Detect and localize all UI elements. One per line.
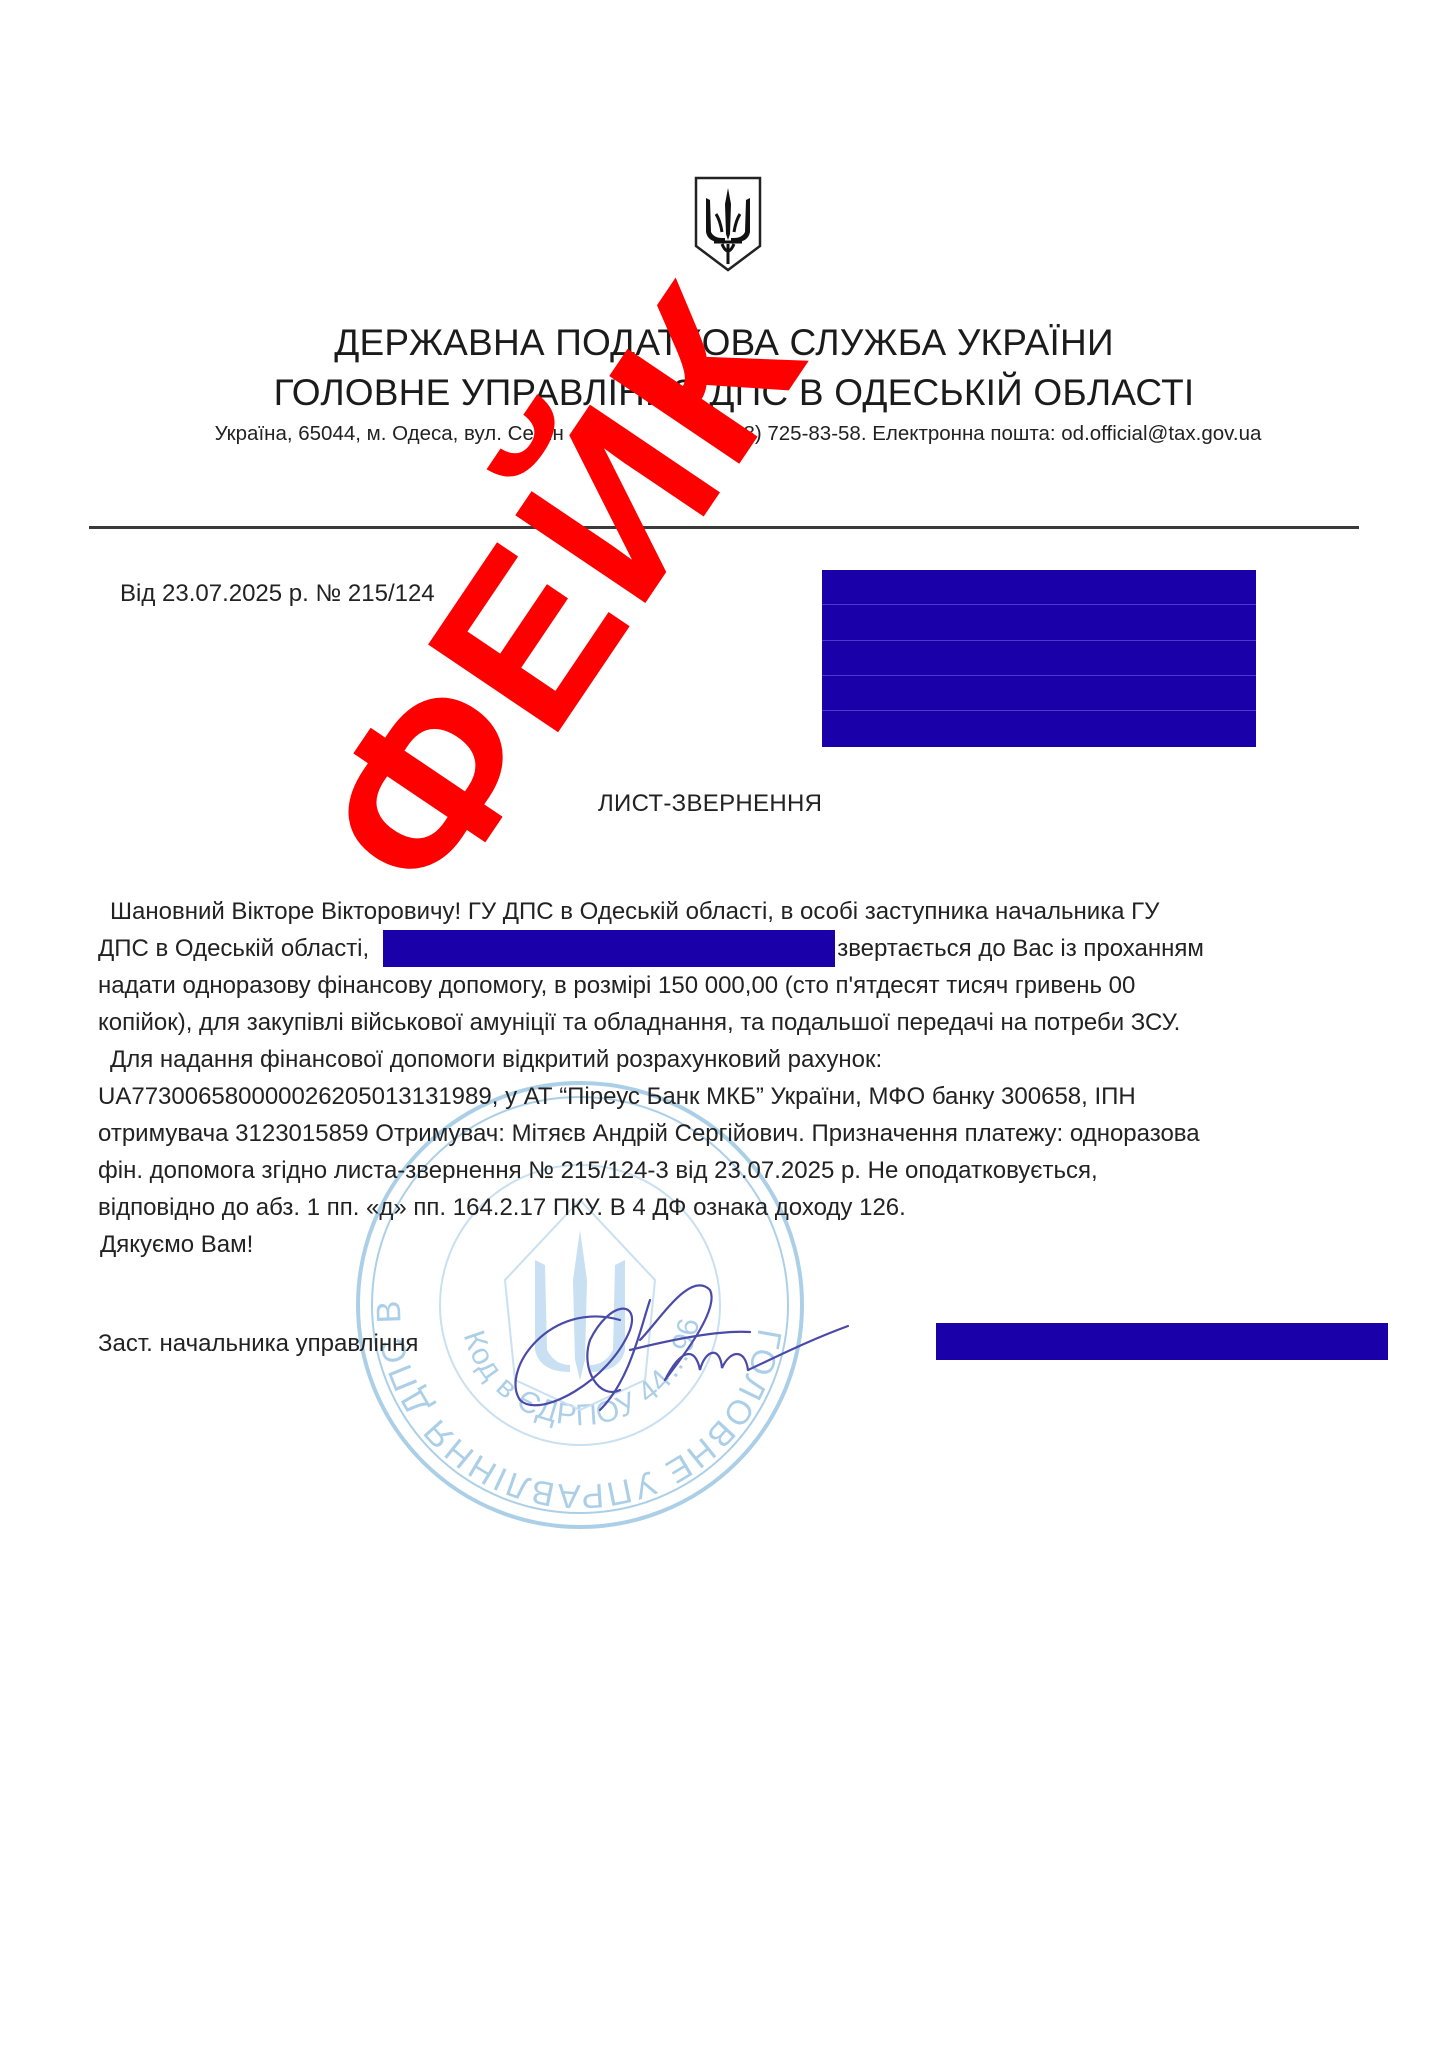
agency-address: Україна, 65044, м. Одеса, вул. Семін(048… (0, 422, 1448, 446)
letter-body: Шановний Вікторе Вікторовичу! ГУ ДПС в О… (98, 893, 1358, 1263)
body-line-4: копійок), для закупівлі військової амуні… (98, 1004, 1358, 1041)
redacted-addressee-block (822, 570, 1256, 747)
agency-name-line2: ГОЛОВНЕ УПРАВЛІННЯ ДПС В ОДЕСЬКІЙ ОБЛАСТ… (0, 372, 1448, 414)
body-line-7: отримувача 3123015859 Отримувач: Мітяєв … (98, 1115, 1358, 1152)
body-line-9: відповідно до абз. 1 пп. «д» пп. 164.2.1… (98, 1189, 1358, 1226)
body-line-8: фін. допомога згідно листа-звернення № 2… (98, 1152, 1358, 1189)
body-line-thanks: Дякуємо Вам! (98, 1226, 1358, 1263)
body-line-6-iban: UA773006580000026205013131989, у АТ “Пір… (98, 1078, 1358, 1115)
document-title: ЛИСТ-ЗВЕРНЕННЯ (598, 790, 822, 818)
body-line-5: Для надання фінансової допомоги відкрити… (98, 1041, 1358, 1078)
body-line-2-start: ДПС в Одеській області, (98, 935, 369, 962)
trident-emblem-icon (692, 174, 764, 274)
signatory-title: Заст. начальника управління (98, 1330, 418, 1358)
body-line-2: ДПС в Одеській області,звертається до Ва… (98, 930, 1358, 967)
agency-name-line1: ДЕРЖАВНА ПОДАТКОВА СЛУЖБА УКРАЇНИ (0, 322, 1448, 364)
body-line-3: надати одноразову фінансову допомогу, в … (98, 967, 1358, 1004)
handwritten-signature (490, 1260, 850, 1420)
address-part2: (048) 725-83-58. Електронна пошта: od.of… (714, 422, 1262, 445)
redacted-official-name (383, 930, 835, 967)
date-and-number: Від 23.07.2025 р. № 215/124 (120, 580, 435, 608)
redacted-signatory-name (936, 1323, 1388, 1360)
body-line-1: Шановний Вікторе Вікторовичу! ГУ ДПС в О… (98, 893, 1358, 930)
header-divider (89, 526, 1359, 529)
body-line-2-end: звертається до Вас із проханням (837, 935, 1204, 962)
address-part1: Україна, 65044, м. Одеса, вул. Семін (215, 422, 564, 445)
